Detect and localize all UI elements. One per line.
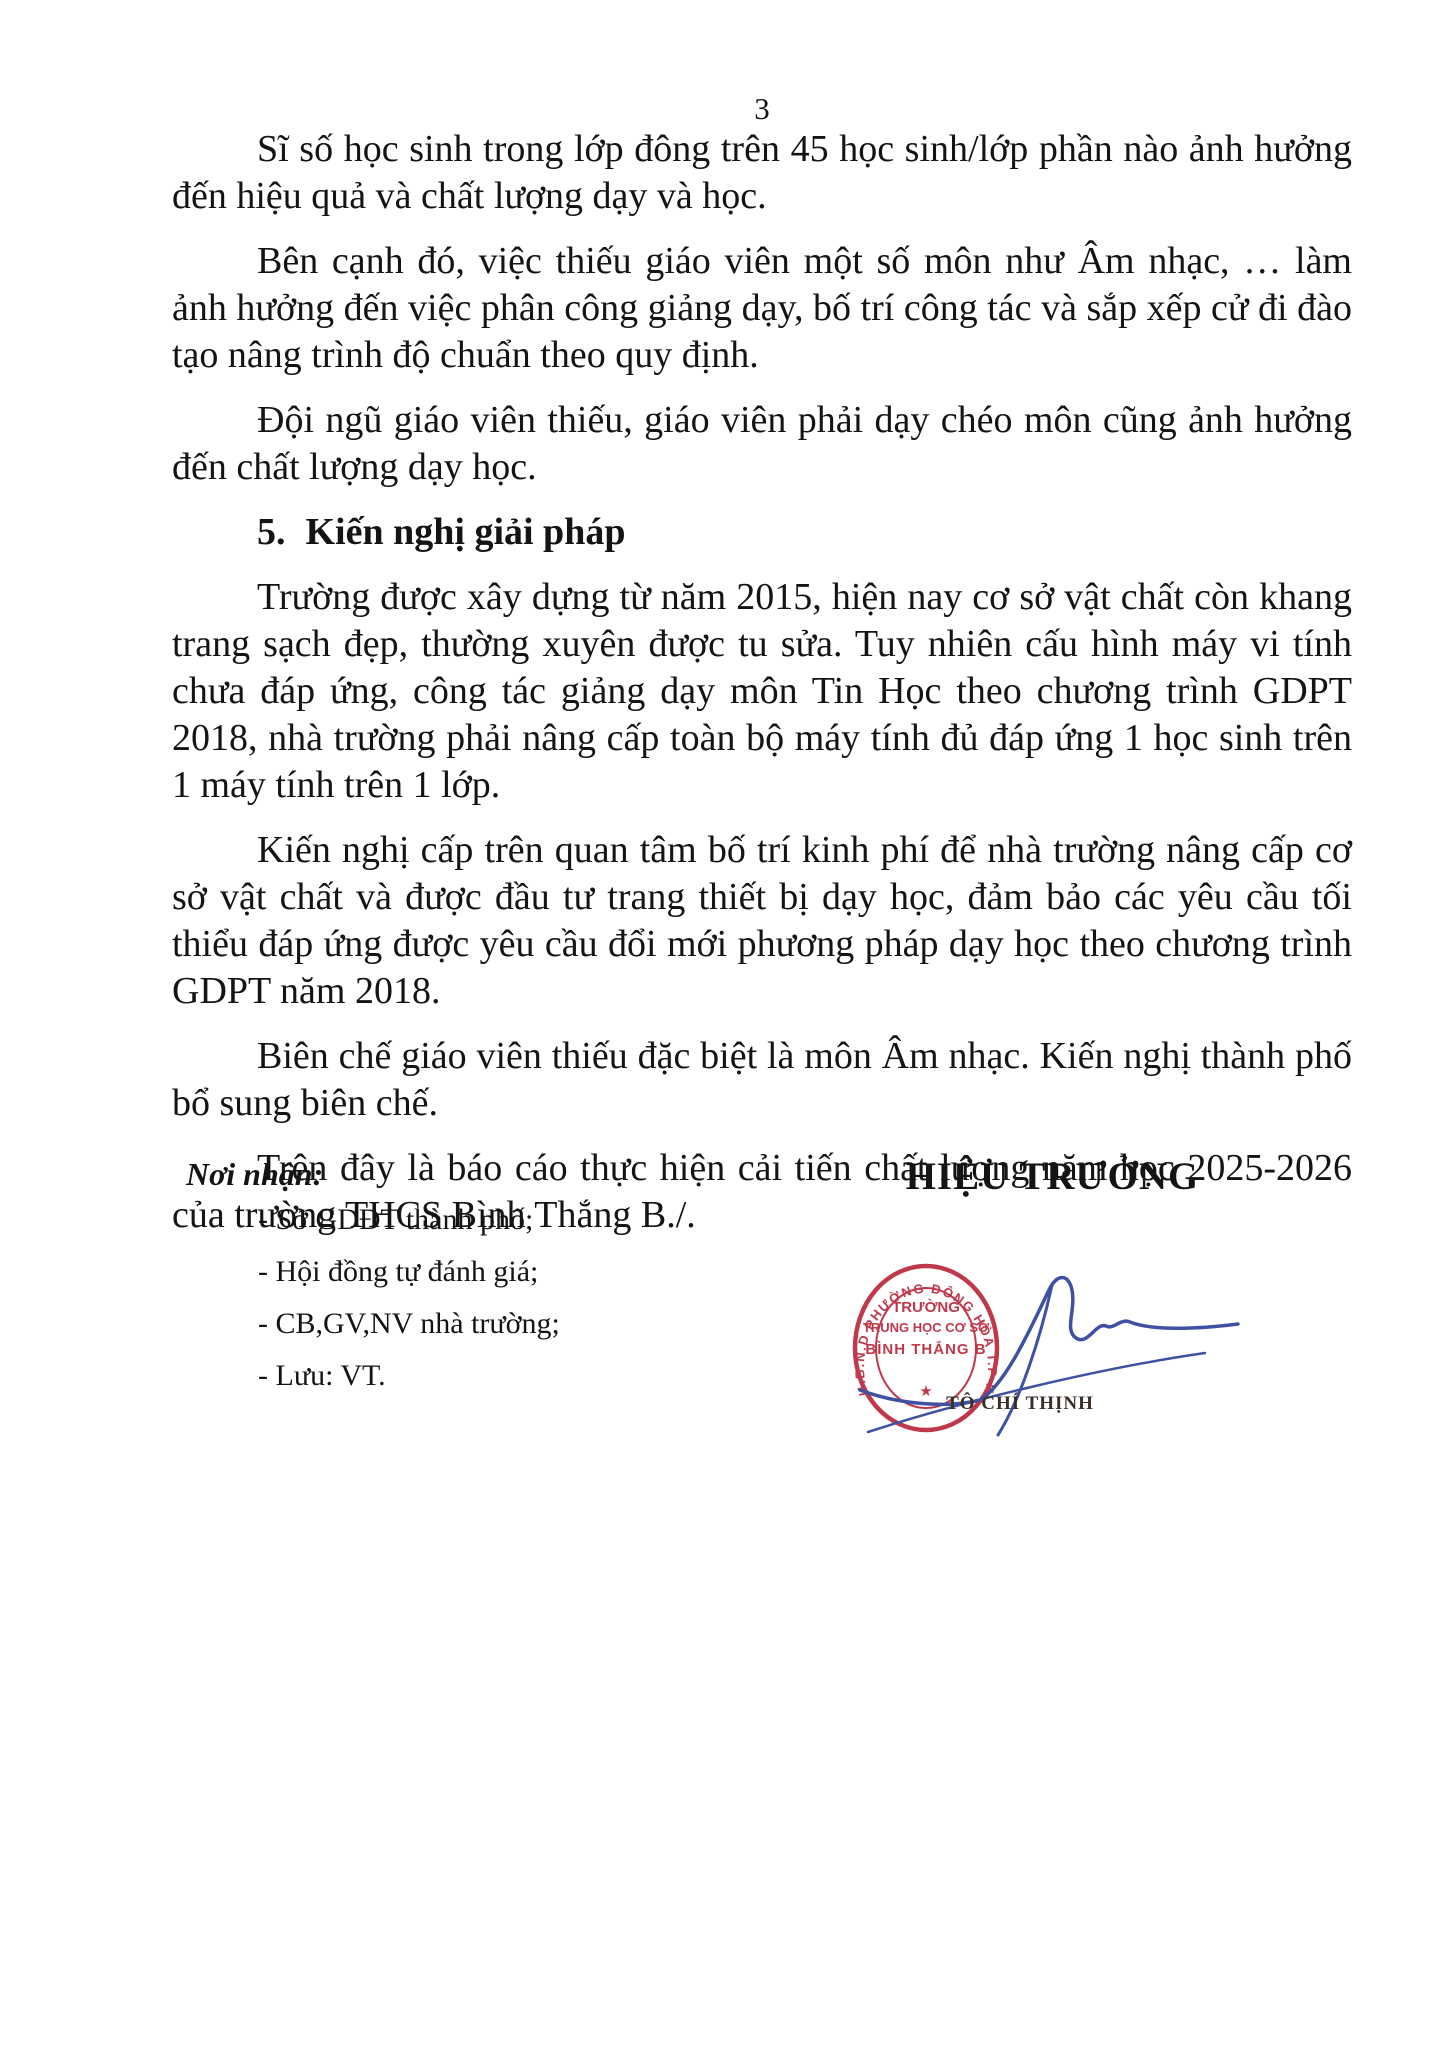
recipients-list: - Sở GDĐT thành phố; - Hội đồng tự đánh … bbox=[258, 1194, 560, 1402]
signature-title: HIỆU TRƯỞNG bbox=[880, 1154, 1225, 1199]
handwritten-signature bbox=[830, 1250, 1260, 1450]
paragraph: Sĩ số học sinh trong lớp đông trên 45 họ… bbox=[172, 126, 1352, 220]
document-body: Sĩ số học sinh trong lớp đông trên 45 họ… bbox=[172, 126, 1352, 1257]
paragraph: Bên cạnh đó, việc thiếu giáo viên một số… bbox=[172, 238, 1352, 379]
recipients-label: Nơi nhận: bbox=[186, 1156, 323, 1193]
signer-name: TÔ CHÍ THỊNH bbox=[930, 1393, 1110, 1415]
page-number: 3 bbox=[172, 92, 1352, 126]
recipient-item: - Lưu: VT. bbox=[258, 1350, 560, 1402]
paragraph: Đội ngũ giáo viên thiếu, giáo viên phải … bbox=[172, 397, 1352, 491]
recipient-item: - CB,GV,NV nhà trường; bbox=[258, 1298, 560, 1350]
section-heading-title: Kiến nghị giải pháp bbox=[306, 511, 626, 553]
recipient-item: - Sở GDĐT thành phố; bbox=[258, 1194, 560, 1246]
paragraph: Kiến nghị cấp trên quan tâm bố trí kinh … bbox=[172, 827, 1352, 1015]
paragraph: Biên chế giáo viên thiếu đặc biệt là môn… bbox=[172, 1033, 1352, 1127]
paragraph: Trường được xây dựng từ năm 2015, hiện n… bbox=[172, 574, 1352, 809]
section-heading: 5.Kiến nghị giải pháp bbox=[257, 509, 1352, 556]
section-heading-number: 5. bbox=[257, 511, 286, 553]
recipient-item: - Hội đồng tự đánh giá; bbox=[258, 1246, 560, 1298]
document-page: 3 Sĩ số học sinh trong lớp đông trên 45 … bbox=[0, 0, 1448, 2048]
